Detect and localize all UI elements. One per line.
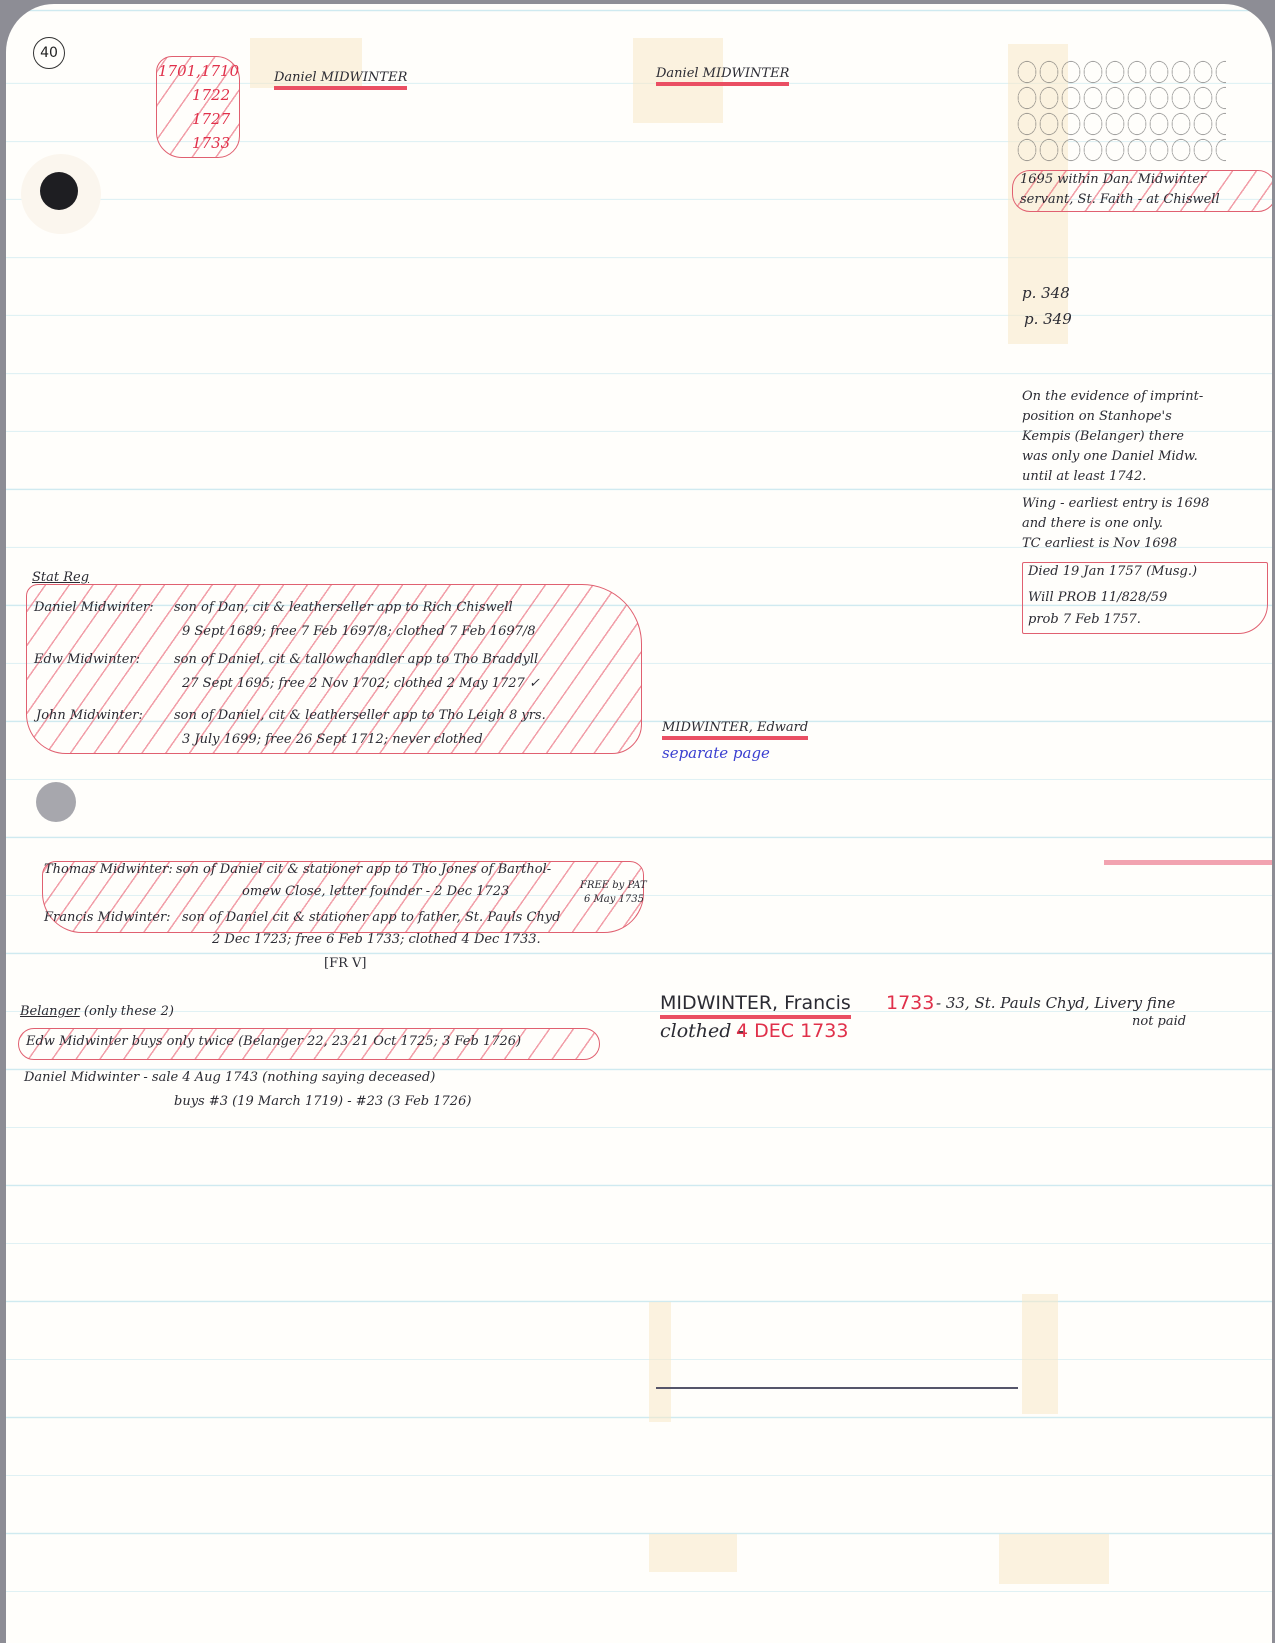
belanger-heading-note: (only these 2) (84, 1004, 174, 1019)
death-box-line: Died 19 Jan 1757 (Musg.) (1028, 564, 1197, 579)
header-title-center: Daniel MIDWINTER (656, 66, 789, 86)
page-ref: p. 348 (1022, 284, 1070, 302)
entry-line: son of Daniel, cit & leatherseller app t… (174, 708, 546, 723)
edward-ref-note: separate page (662, 744, 770, 762)
entry-line: 27 Sept 1695; free 2 Nov 1702; clothed 2… (182, 676, 540, 691)
horizontal-line (656, 1387, 1018, 1389)
boxed-note-line: servant, St. Faith - at Chiswell (1020, 192, 1220, 207)
tape-piece (1022, 1294, 1058, 1414)
year-label: 1727 (192, 110, 230, 128)
red-margin-mark (1104, 860, 1272, 865)
francis-ref-year: 1733 (886, 992, 934, 1014)
entry-name: Thomas Midwinter: (44, 862, 173, 877)
evidence-note-line: On the evidence of imprint- (1022, 389, 1203, 404)
stat-reg-heading: Stat Reg (32, 570, 89, 585)
wing-note-line: Wing - earliest entry is 1698 (1022, 496, 1209, 511)
year-label: 1733 (192, 134, 230, 152)
entry-line: son of Daniel cit & stationer app to Tho… (176, 862, 551, 877)
tape-piece (649, 1534, 737, 1572)
evidence-note-line: until at least 1742. (1022, 469, 1146, 484)
year-label: 1722 (192, 86, 230, 104)
tape-piece (649, 1302, 671, 1422)
boxed-note-line: 1695 within Dan. Midwinter (1020, 172, 1206, 187)
evidence-note-line: was only one Daniel Midw. (1022, 449, 1198, 464)
wing-note-line: and there is one only. (1022, 516, 1163, 531)
francis-ref-title: MIDWINTER, Francis (660, 992, 851, 1019)
page-ref: p. 349 (1024, 310, 1072, 328)
entry-name: Daniel Midwinter: (34, 600, 154, 615)
tc-note: TC earliest is Nov 1698 (1022, 536, 1177, 551)
free-by-patrimony-note: FREE by PAT (580, 880, 647, 891)
entry-line: son of Daniel, cit & tallowchandler app … (174, 652, 538, 667)
francis-ref-detail: - 33, St. Pauls Chyd, Livery fine (936, 994, 1175, 1012)
daniel-buys-line: buys #3 (19 March 1719) - #23 (3 Feb 172… (174, 1094, 471, 1109)
entry-line: 3 July 1699; free 26 Sept 1712; never cl… (182, 732, 483, 747)
daniel-sale-line: Daniel Midwinter - sale 4 Aug 1743 (noth… (24, 1070, 435, 1085)
entry-line: 2 Dec 1723; free 6 Feb 1733; clothed 4 D… (212, 932, 541, 947)
entry-line: 9 Sept 1689; free 7 Feb 1697/8; clothed … (182, 624, 536, 639)
fr-v-footnote: [FR V] (324, 956, 366, 971)
binder-hole-top-punch (40, 172, 78, 210)
belanger-heading: Belanger (only these 2) (20, 1004, 174, 1019)
belanger-heading-text: Belanger (20, 1004, 80, 1019)
crossed-out-note (1016, 59, 1226, 164)
binder-hole-middle (36, 782, 76, 822)
entry-name: Francis Midwinter: (44, 910, 171, 925)
edward-ref-title: MIDWINTER, Edward (662, 720, 808, 740)
page-number: 40 (33, 37, 65, 69)
death-box-line: prob 7 Feb 1757. (1028, 612, 1141, 627)
year-label: 1701,1710 (158, 62, 239, 80)
death-box-line: Will PROB 11/828/59 (1028, 590, 1167, 605)
francis-clothed-date: 4 DEC 1733 (736, 1020, 848, 1042)
entry-line: son of Daniel cit & stationer app to fat… (182, 910, 560, 925)
evidence-note-line: Kempis (Belanger) there (1022, 429, 1184, 444)
entry-name: Edw Midwinter: (34, 652, 140, 667)
free-by-patrimony-date: 6 May 1735 (584, 894, 644, 905)
tape-piece (999, 1534, 1109, 1584)
belanger-boxed-text: Edw Midwinter buys only twice (Belanger … (26, 1034, 521, 1049)
evidence-note-line: position on Stanhope's (1022, 409, 1172, 424)
entry-name: John Midwinter: (36, 708, 143, 723)
header-title-left: Daniel MIDWINTER (274, 70, 407, 90)
entry-line: son of Dan, cit & leatherseller app to R… (174, 600, 513, 615)
francis-ref-detail-2: not paid (1132, 1014, 1186, 1029)
notebook-page: 40 1701,1710 1722 1727 1733 Daniel MIDWI… (6, 4, 1272, 1643)
francis-clothed-label: clothed - (660, 1020, 744, 1042)
entry-line: omew Close, letter founder - 2 Dec 1723 (242, 884, 509, 899)
